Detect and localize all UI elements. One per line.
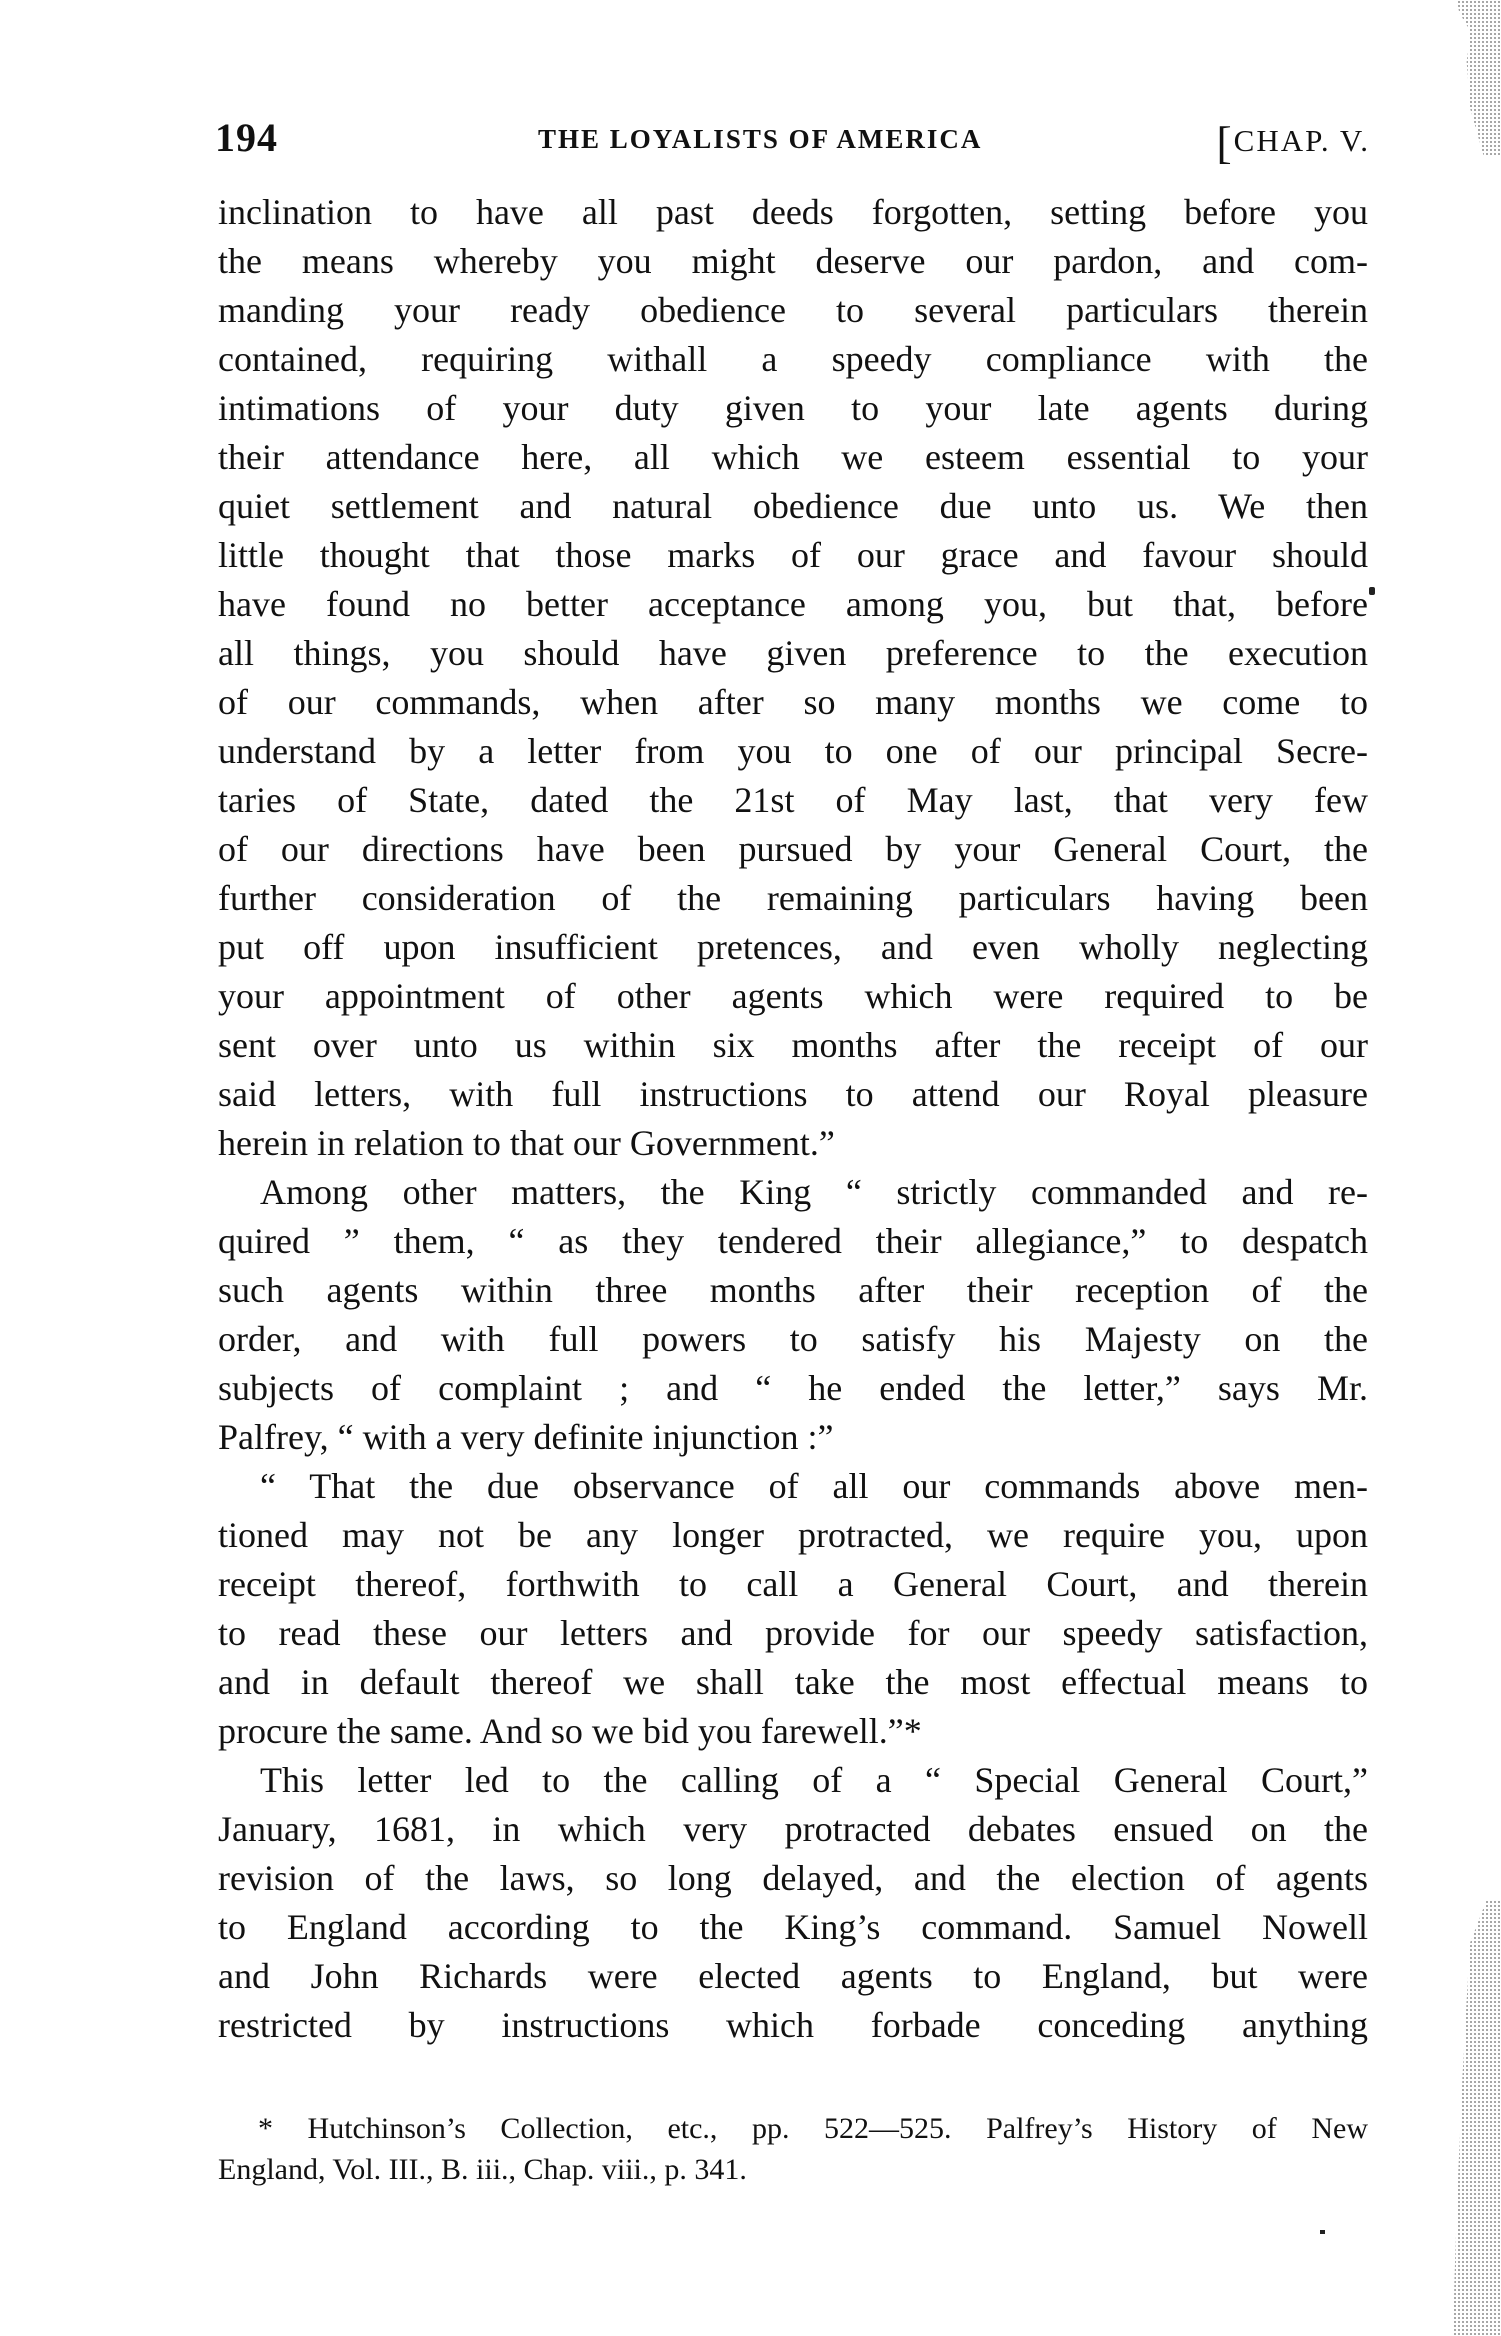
page-number: 194	[215, 114, 278, 161]
text-line: revision of the laws, so long delayed, a…	[218, 1858, 1368, 1902]
text-line: understand by a letter from you to one o…	[218, 731, 1368, 775]
text-line: intimations of your duty given to your l…	[218, 388, 1368, 432]
text-line: and in default thereof we shall take the…	[218, 1662, 1368, 1706]
chapter-label: [CHAP. V.	[1216, 116, 1370, 169]
running-head: 194 THE LOYALISTS OF AMERICA [CHAP. V.	[215, 112, 1370, 162]
text-line: restricted by instructions which forbade…	[218, 2005, 1368, 2049]
ink-mark	[1369, 587, 1375, 595]
text-line: procure the same. And so we bid you fare…	[218, 1711, 1368, 1755]
text-line: receipt thereof, forthwith to call a Gen…	[218, 1564, 1368, 1608]
text-line: your appointment of other agents which w…	[218, 976, 1368, 1020]
text-line: herein in relation to that our Governmen…	[218, 1123, 1368, 1167]
book-page: 194 THE LOYALISTS OF AMERICA [CHAP. V. i…	[0, 0, 1501, 2336]
text-line: inclination to have all past deeds forgo…	[218, 192, 1368, 236]
text-line: contained, requiring withall a speedy co…	[218, 339, 1368, 383]
text-line: January, 1681, in which very protracted …	[218, 1809, 1368, 1853]
scan-shadow-bottom	[1453, 1900, 1501, 2336]
text-line: of our commands, when after so many mont…	[218, 682, 1368, 726]
text-line: sent over unto us within six months afte…	[218, 1025, 1368, 1069]
text-line: the means whereby you might deserve our …	[218, 241, 1368, 285]
text-line: further consideration of the remaining p…	[218, 878, 1368, 922]
text-line: to read these our letters and provide fo…	[218, 1613, 1368, 1657]
text-line: and John Richards were elected agents to…	[218, 1956, 1368, 2000]
text-line: put off upon insufficient pretences, and…	[218, 927, 1368, 971]
text-line: tioned may not be any longer protracted,…	[218, 1515, 1368, 1559]
text-line: manding your ready obedience to several …	[218, 290, 1368, 334]
chapter-text: CHAP. V.	[1234, 123, 1370, 158]
text-line: little thought that those marks of our g…	[218, 535, 1368, 579]
text-line: their attendance here, all which we este…	[218, 437, 1368, 481]
text-line: Among other matters, the King “ strictly…	[260, 1172, 1368, 1216]
text-line: subjects of complaint ; and “ he ended t…	[218, 1368, 1368, 1412]
text-line: quired ” them, “ as they tendered their …	[218, 1221, 1368, 1265]
text-line: Palfrey, “ with a very definite injuncti…	[218, 1417, 1368, 1461]
chapter-bracket: [	[1216, 117, 1233, 168]
text-line: all things, you should have given prefer…	[218, 633, 1368, 677]
text-line: have found no better acceptance among yo…	[218, 584, 1368, 628]
text-line: “ That the due observance of all our com…	[260, 1466, 1368, 1510]
footnote-line: * Hutchinson’s Collection, etc., pp. 522…	[258, 2112, 1368, 2146]
text-line: to England according to the King’s comma…	[218, 1907, 1368, 1951]
text-line: This letter led to the calling of a “ Sp…	[260, 1760, 1368, 1804]
text-line: such agents within three months after th…	[218, 1270, 1368, 1314]
text-line: quiet settlement and natural obedience d…	[218, 486, 1368, 530]
text-line: said letters, with full instructions to …	[218, 1074, 1368, 1118]
text-line: of our directions have been pursued by y…	[218, 829, 1368, 873]
ink-mark	[1320, 2230, 1325, 2234]
text-line: taries of State, dated the 21st of May l…	[218, 780, 1368, 824]
book-title: THE LOYALISTS OF AMERICA	[538, 124, 982, 155]
footnote-line: England, Vol. III., B. iii., Chap. viii.…	[218, 2153, 1368, 2187]
text-line: order, and with full powers to satisfy h…	[218, 1319, 1368, 1363]
scan-shadow-top	[1457, 0, 1501, 155]
